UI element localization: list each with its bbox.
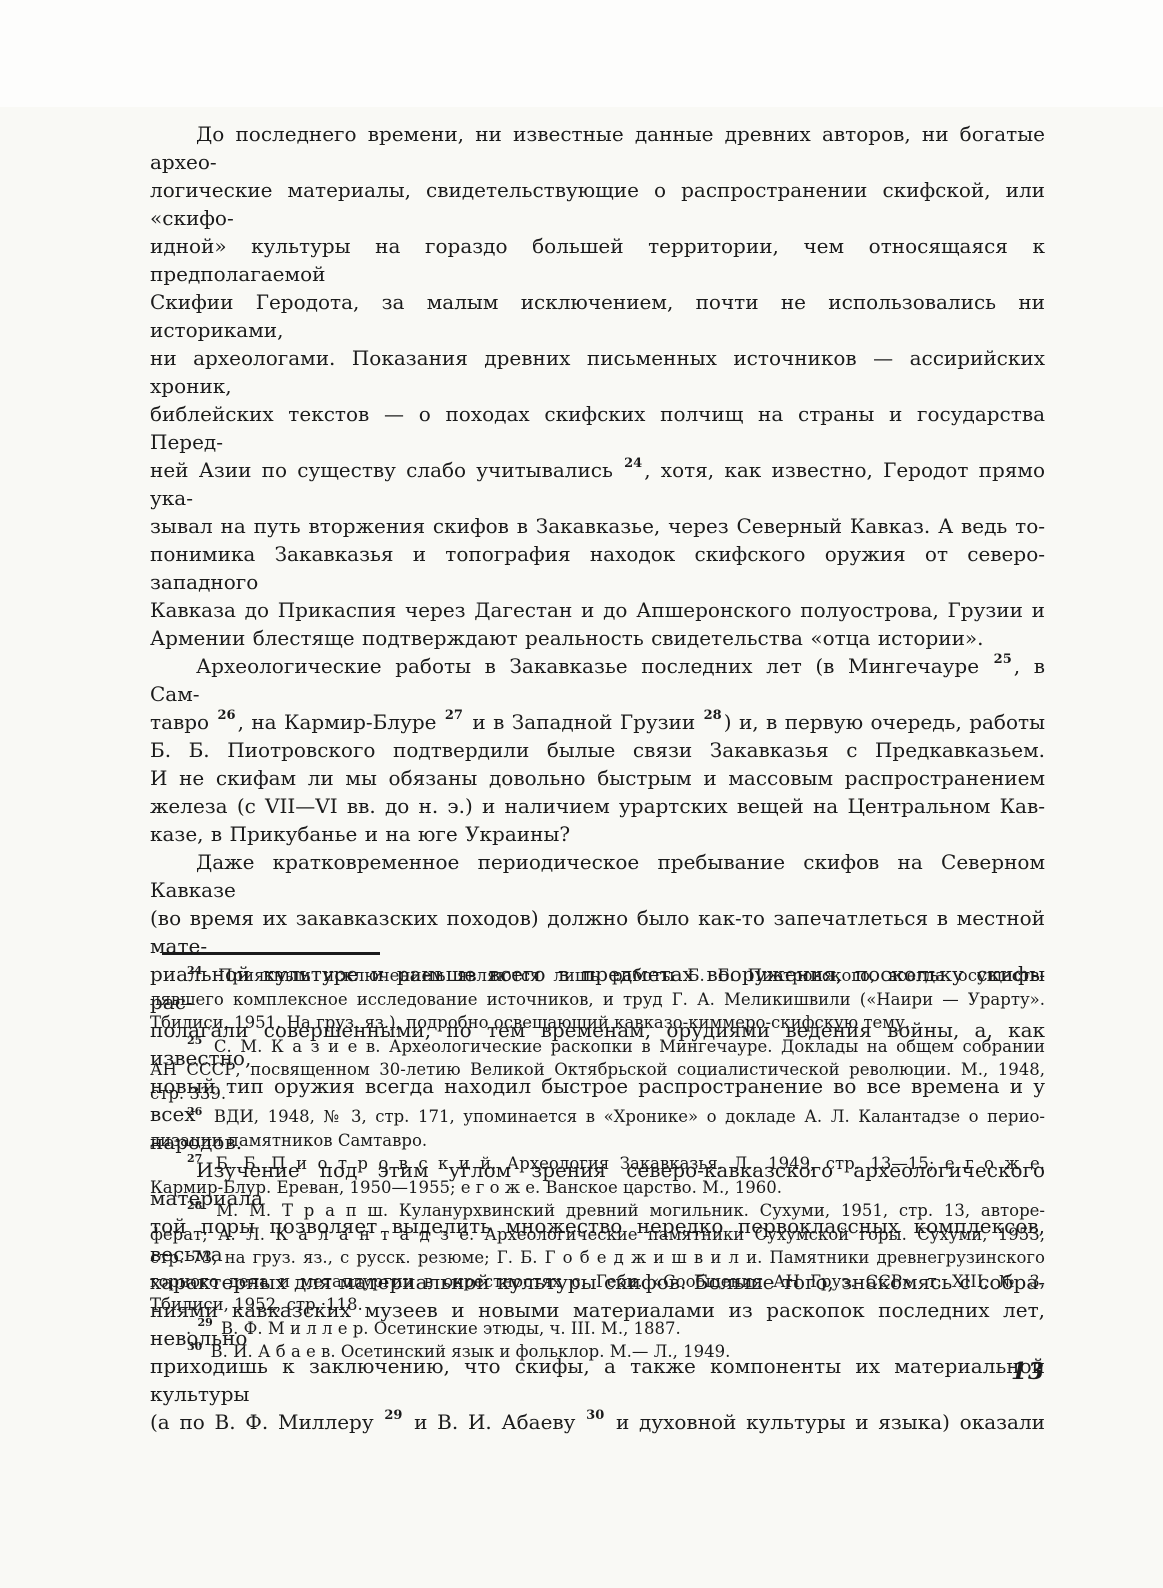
- footnote: 26 ВДИ, 1948, № 3, стр. 171, упоминается…: [150, 1105, 1045, 1152]
- text-line: Кавказа до Прикаспия через Дагестан и до…: [150, 596, 1045, 624]
- footnote-ref: 26: [187, 1105, 202, 1118]
- footnote-ref: 24: [624, 456, 642, 471]
- text-line: стр. 339.: [150, 1082, 1045, 1106]
- paragraph: Археологические работы в Закавказье посл…: [150, 652, 1045, 848]
- footnote-ref: 29: [198, 1316, 213, 1329]
- text-line: библейских текстов — о походах скифских …: [150, 400, 1045, 456]
- text-line: ферат; А. Л. К а л а н т а д з е. Археол…: [150, 1223, 1045, 1247]
- footnote-ref: 27: [187, 1152, 202, 1165]
- footnote: 30 В. И. А б а е в. Осетинский язык и фо…: [150, 1340, 1045, 1364]
- footnotes: 24 Приятным исключением являются лишь ра…: [150, 964, 1045, 1364]
- footnote: 28 М. М. Т р а п ш. Куланурхвинский древ…: [150, 1199, 1045, 1317]
- text-line: железа (с VII—VI вв. до н. э.) и наличие…: [150, 792, 1045, 820]
- text-line: казе, в Прикубанье и на юге Украины?: [150, 820, 1045, 848]
- page-number: 13: [1011, 1358, 1045, 1385]
- footnote-ref: 29: [384, 1408, 402, 1423]
- text-line: дизации памятников Самтавро.: [150, 1129, 1045, 1153]
- footnote-ref: 25: [994, 652, 1012, 667]
- text-line: ней Азии по существу слабо учитывались 2…: [150, 456, 1045, 512]
- footnote-ref: 30: [187, 1340, 202, 1353]
- footnote-ref: 30: [586, 1408, 604, 1423]
- text-line: 30 В. И. А б а е в. Осетинский язык и фо…: [150, 1340, 1045, 1364]
- text-line: лявшего комплексное исследование источни…: [150, 988, 1045, 1012]
- text-line: АН СССР, посвященном 30-летию Великой Ок…: [150, 1058, 1045, 1082]
- page: До последнего времени, ни известные данн…: [0, 0, 1163, 1588]
- text-line: И не скифам ли мы обязаны довольно быстр…: [150, 764, 1045, 792]
- text-line: понимика Закавказья и топография находок…: [150, 540, 1045, 596]
- text-line: Скифии Геродота, за малым исключением, п…: [150, 288, 1045, 344]
- footnote-ref: 27: [445, 708, 463, 723]
- text-line: Даже кратковременное периодическое пребы…: [150, 848, 1045, 904]
- text-line: До последнего времени, ни известные данн…: [150, 120, 1045, 176]
- text-line: Археологические работы в Закавказье посл…: [150, 652, 1045, 708]
- text-line: 26 ВДИ, 1948, № 3, стр. 171, упоминается…: [150, 1105, 1045, 1129]
- text-line: Б. Б. Пиотровского подтвердили былые свя…: [150, 736, 1045, 764]
- text-line: горного дела и металлургии в окрестностя…: [150, 1270, 1045, 1294]
- text-line: . 29 В. Ф. М и л л е р. Осетинские этюды…: [150, 1317, 1045, 1341]
- text-line: зывал на путь вторжения скифов в Закавка…: [150, 512, 1045, 540]
- footnote: 24 Приятным исключением являются лишь ра…: [150, 964, 1045, 1035]
- text-line: Тбилиси, 1952, стр.·118.: [150, 1293, 1045, 1317]
- text-line: Тбилиси, 1951. На груз. яз.), подробно о…: [150, 1011, 1045, 1035]
- footnote-ref: 25: [187, 1034, 202, 1047]
- text-line: 28 М. М. Т р а п ш. Куланурхвинский древ…: [150, 1199, 1045, 1223]
- text-line: логические материалы, свидетельствующие …: [150, 176, 1045, 232]
- text-line: Армении блестяще подтверждают реальность…: [150, 624, 1045, 652]
- text-line: идной» культуры на гораздо большей терри…: [150, 232, 1045, 288]
- footnote: . 29 В. Ф. М и л л е р. Осетинские этюды…: [150, 1317, 1045, 1341]
- text-line: 24 Приятным исключением являются лишь ра…: [150, 964, 1045, 988]
- text-line: 27 Б. Б. П и о т р о в с к и й. Археолог…: [150, 1152, 1045, 1176]
- text-line: (а по В. Ф. Миллеру 29 и В. И. Абаеву 30…: [150, 1408, 1045, 1436]
- text-line: стр. 73, на груз. яз., с русск. резюме; …: [150, 1246, 1045, 1270]
- footnote: 27 Б. Б. П и о т р о в с к и й. Археолог…: [150, 1152, 1045, 1199]
- text-line: ни археологами. Показания древних письме…: [150, 344, 1045, 400]
- footnote-ref: 28: [187, 1199, 202, 1212]
- footnote-separator: [162, 952, 380, 955]
- footnote-ref: 24: [187, 964, 202, 977]
- footnote-ref: 26: [218, 708, 236, 723]
- footnote: 25 С. М. К а з и е в. Археологические ра…: [150, 1035, 1045, 1106]
- footnote-ref: 28: [704, 708, 722, 723]
- text-line: Кармир-Блур. Ереван, 1950—1955; е г о ж …: [150, 1176, 1045, 1200]
- paragraph: До последнего времени, ни известные данн…: [150, 120, 1045, 652]
- text-line: тавро 26, на Кармир-Блуре 27 и в Западно…: [150, 708, 1045, 736]
- text-line: 25 С. М. К а з и е в. Археологические ра…: [150, 1035, 1045, 1059]
